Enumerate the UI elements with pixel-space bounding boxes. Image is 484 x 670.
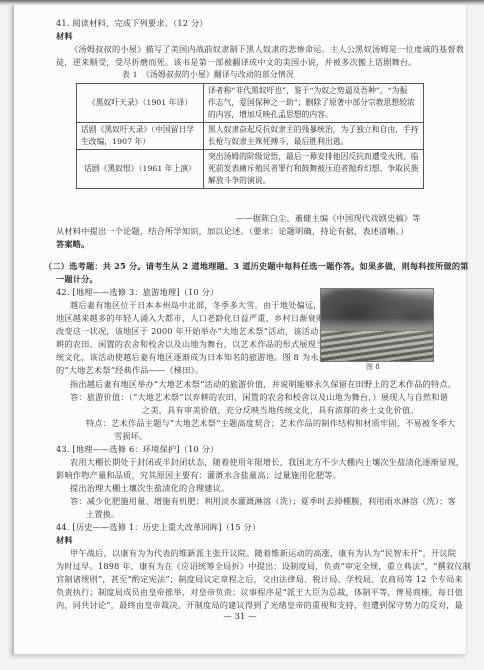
q41-requirement: 从材料中提出一个论题，结合所学知识，加以论述。（要求：论题明确，持论有据，表述清… xyxy=(56,225,408,238)
q44-body-line: 甲午战后，以康有为为代表的维新派主张开议院。随着维新运动的高涨，康有为认为“民智… xyxy=(70,547,456,560)
q41-source: ——据陈白尘、董健主编《中国现代戏剧史稿》等 xyxy=(236,212,421,225)
section2-instructions-line2: 一题计分。 xyxy=(56,273,98,286)
q42-answer-line2: 之美，具有审美价值，充分反映当地传统文化，具有浓郁的乡土文化价值。 xyxy=(142,404,419,417)
q41-material-label: 材料 xyxy=(56,30,73,43)
q44-title: 44. [历史——选修 1：历史上重大改革回眸]（15 分） xyxy=(56,521,260,534)
q43-answer-line1: 答：减少化肥施用量、增施有机肥；利用淡水灌溉淋溶（洗）；夏季时去掉棚膜，利用雨水… xyxy=(70,495,456,508)
q42-body-line: 越后妻有地区位于日本本州岛中北部，冬季多大雪。由于地处偏远，该 xyxy=(70,299,330,312)
q42-answer-line3: 特点：艺术作品主题与“大地艺术祭”主题高度契合；艺术作品的制作结构和材质牢固，不… xyxy=(86,417,455,430)
q41-title: 41. 阅读材料，完成下列要求。（12 分） xyxy=(56,17,208,30)
q42-body-line: 地区越来越多的年轻人涌入大都市，人口老龄化日益严重，乡村日渐衰败。为 xyxy=(56,312,341,325)
q41-intro-line2: 徒，逆来顺受，受尽折磨而死。该书是第一部被翻译成中文的美国小说，并被多次搬上话剧… xyxy=(56,56,417,69)
q44-body-line: 内，同共讨论”，最终由皇帝裁决。开制度局的建议得到了光绪皇帝的重视和支持，但遭到… xyxy=(56,599,463,612)
section2-instructions-line1: （二）选考题：共 25 分。请考生从 2 道地理题、3 道历史题中每科任选一题作… xyxy=(44,260,469,273)
q44-body-line: 为时过早。1898 年，康有为在《应诏统筹全局折》中提出：设制度局，负责“审定全… xyxy=(56,560,471,573)
q43-body-line2: 影响作物产量和品质，究其原因主要有：灌溉水含盐量高；过量施用化肥等。 xyxy=(56,469,341,482)
table-row: 《黑奴吁天录》（1901 年译） 译者称“非代黑奴吁也”，鉴于“为奴之势逼及吾种… xyxy=(77,84,424,123)
q43-answer-line2: 土置换。 xyxy=(86,508,120,521)
q42-answer-line4: 雪损坏。 xyxy=(114,430,148,443)
table-caption: 表 1 《汤姆叔叔的小屋》翻译与改动的部分情况 xyxy=(122,69,294,82)
q42-question: 指出越后妻有地区举办“大地艺术祭”活动的旅游价值，并说明能够永久保留在田野上的艺… xyxy=(70,378,456,391)
q42-body-line: 改变这一状况，该地区于 2000 年开始举办“大地艺术祭”活动，该活动以弃 xyxy=(56,325,335,338)
table-cell-work: 《黑奴吁天录》（1901 年译） xyxy=(77,84,204,123)
q44-material-label: 材料 xyxy=(56,534,73,547)
q42-body-line: 耕的农田、闲置的农舍和校舍以及山地为舞台，以艺术作品的形式展现当地传 xyxy=(56,338,341,351)
table-row: 话剧《黑奴吁天录》（中国留日学 生改编，1907 年） 黑人奴隶奋起反抗奴隶主的… xyxy=(77,123,424,150)
q44-body-line: 官制诸规则”，甚至“酌定宪法”；制度局议定章程之后，交由法律局、税计局、学校局、… xyxy=(56,573,463,586)
q43-body-line1: 农用大棚长期处于封闭或半封闭状态，随着使用年限增长，我国北方不少大棚内土壤次生盐… xyxy=(70,456,464,469)
table-cell-desc: 黑人奴隶奋起反抗奴隶主的残暴统治，为了独立和自由，手持 长枪与奴隶主殊死搏斗，最… xyxy=(204,123,424,150)
q43-question: 提出治理大棚土壤次生盐渍化的合理建议。 xyxy=(70,482,229,495)
q44-body-line: 负责执行；制度局成员由皇帝推举，对皇帝负责；议事程序是“派王大臣为总裁，体制平等… xyxy=(56,586,463,599)
figure-caption: 图 8 xyxy=(366,362,380,372)
table-cell-work: 话剧《黑奴吁天录》（中国留日学 生改编，1907 年） xyxy=(77,123,204,150)
q42-body-line: 统文化，该活动使越后妻有地区逐渐成为日本知名的旅游地。图 8 为永久保留 xyxy=(56,351,344,364)
q41-answer: 答案略。 xyxy=(56,238,90,251)
page-number: — 31 — xyxy=(14,612,466,622)
document-page: 41. 阅读材料，完成下列要求。（12 分） 材料 《汤姆叔叔的小屋》描写了美国… xyxy=(12,5,467,655)
table-cell-work: 话剧《黑奴恨》（1961 年上演） xyxy=(77,150,204,189)
q41-intro-line1: 《汤姆叔叔的小屋》描写了美国内战前奴隶制下黑人奴隶的悲惨命运。主人公黑奴汤姆是一… xyxy=(70,43,464,56)
table-row: 话剧《黑奴恨》（1961 年上演） 突出汤姆的阶级觉悟，最后一幕安排他因反抗而遭… xyxy=(77,150,424,189)
q43-title: 43. [地理——选修 6：环境保护]（10 分） xyxy=(56,443,218,456)
table-cell-desc: 译者称“非代黑奴吁也”，鉴于“为奴之势逼及吾种”，“为振 作志气，爱国保种之一助… xyxy=(204,84,424,123)
terraced-rice-field-photo xyxy=(320,288,434,362)
q42-answer-line1: 答：旅游价值：（“大地艺术祭”以弃耕的农田、闲置的农舍和校舍以及山地为舞台，）展… xyxy=(70,391,448,404)
q42-title: 42. [地理——选修 3：旅游地理]（10 分） xyxy=(56,286,218,299)
translation-table: 《黑奴吁天录》（1901 年译） 译者称“非代黑奴吁也”，鉴于“为奴之势逼及吾种… xyxy=(76,83,424,189)
q42-body-line: 的“大地艺术祭”经典作品——《梯田》。 xyxy=(56,364,203,377)
table-cell-desc: 突出汤姆的阶级觉悟，最后一幕安排他因反抗而遭受火刑，临 死前发表痛斥殖民者罪行和… xyxy=(204,150,424,189)
